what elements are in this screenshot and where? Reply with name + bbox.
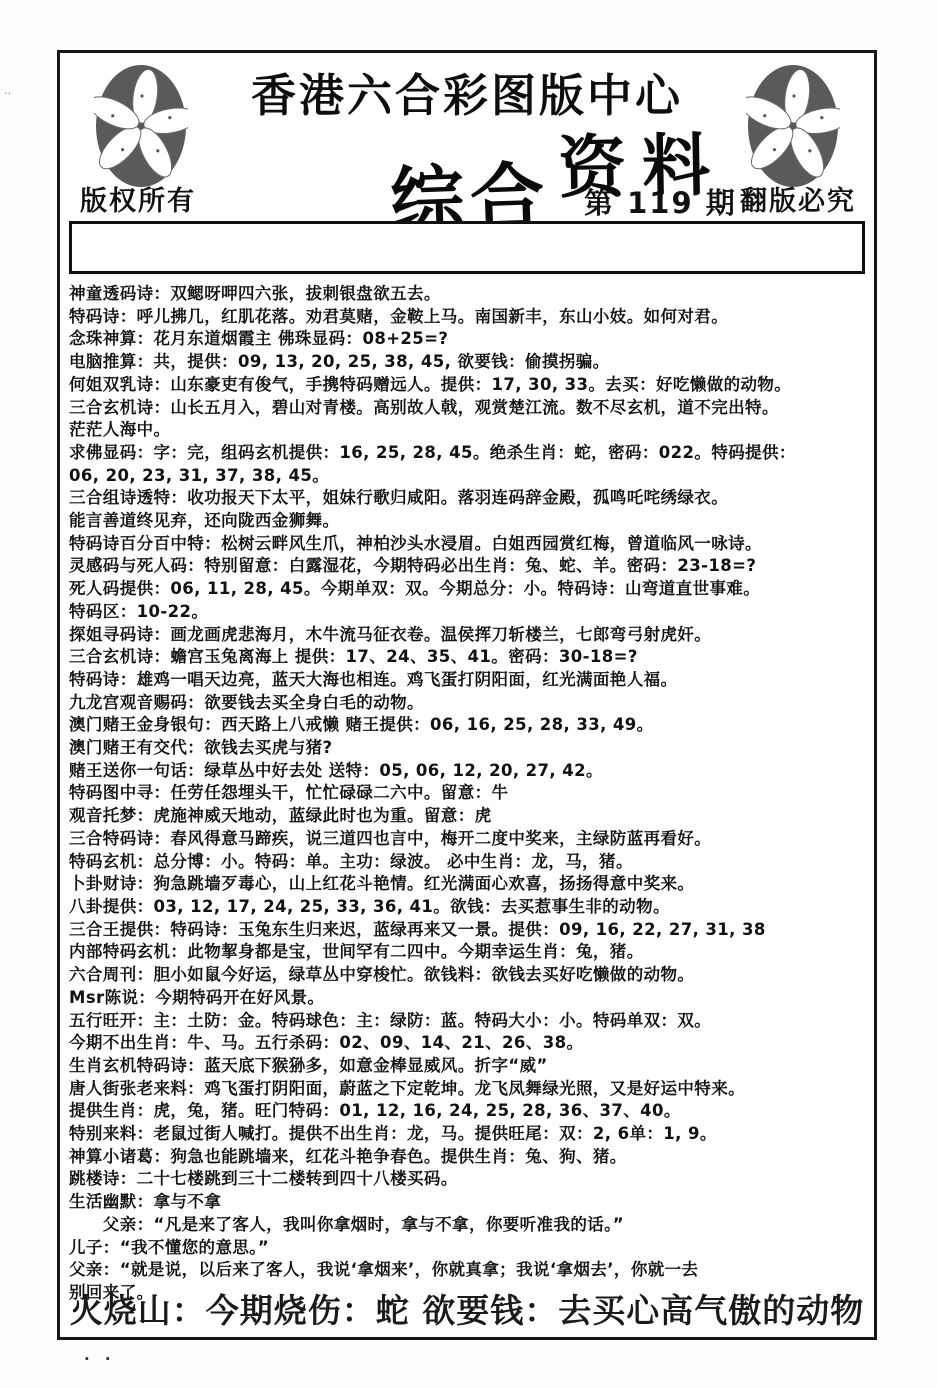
tips-text-block: 神童透码诗：双鳃呀呷四六张，拔刺银盘欲五去。特码诗：呼儿拂几，红肌花落。劝君莫赌… (69, 283, 870, 1305)
text-line: 今期不出生肖：牛、马。五行杀码：02、09、14、21、26、38。 (69, 1032, 870, 1055)
text-line: 特码玄机：总分博：小。特码：单。主功：绿波。 必中生肖：龙，马，猪。 (69, 851, 870, 874)
text-line: 父亲：“凡是来了客人，我叫你拿烟时，拿与不拿，你要听准我的话。” (69, 1214, 870, 1237)
footer-highlight-line: 火烧山：今期烧伤：蛇 欲要钱：去买心高气傲的动物 (60, 1285, 874, 1332)
text-line: 三合玄机诗：山长五月入，碧山对青楼。高别故人戟，观赏楚江流。数不尽玄机，道不完出… (69, 397, 870, 420)
text-line: 三合组诗透特：收功报天下太平，姐妹行歌归咸阳。落羽连码辞金殿，孤鸣吒咤绣绿衣。 (69, 487, 870, 510)
text-line: 探姐寻码诗：画龙画虎悲海月，木牛流马征衣卷。温侯挥刀斩楼兰，七郎弯弓射虎奸。 (69, 624, 870, 647)
anti-piracy-notice: 翻版必究 (740, 179, 856, 218)
bauhinia-flower-icon (94, 63, 188, 189)
text-line: 生活幽默：拿与不拿 (69, 1191, 870, 1214)
text-line: 神算小诸葛：狗急也能跳墙来，红花斗艳争春色。提供生肖：兔、狗、猪。 (69, 1146, 870, 1169)
text-line: 八卦提供：03, 12, 17, 24, 25, 33, 36, 41。欲钱：去… (69, 896, 870, 919)
text-line: 特码诗百分百中特：松树云畔风生爪，神柏沙头水浸眉。白姐西园赏红梅，曾道临风一咏诗… (69, 533, 870, 556)
text-line: Msr陈说：今期特码开在好风景。 (69, 987, 870, 1010)
text-line: 三合特码诗：春风得意马蹄疾，说三道四也言中，梅开二度中奖来，主绿防蓝再看好。 (69, 828, 870, 851)
text-line: 何姐双乳诗：山东豪吏有俊气，手携特码赠远人。提供：17, 30, 33。去买：好… (69, 374, 870, 397)
text-line: 跳楼诗：二十七楼跳到三十二楼转到四十八楼买码。 (69, 1168, 870, 1191)
text-line: 九龙宫观音赐码：欲要钱去买全身白毛的动物。 (69, 692, 870, 715)
text-line: 06, 20, 23, 31, 37, 38, 45。 (69, 465, 870, 488)
text-line: 特码诗：呼儿拂几，红肌花落。劝君莫赌，金鞍上马。南国新丰，东山小妓。如何对君。 (69, 306, 870, 329)
text-line: 儿子：“我不懂您的意思。” (69, 1237, 870, 1260)
text-line: 三合玄机诗：蟾宫玉兔离海上 提供：17、24、35、41。密码：30-18=? (69, 646, 870, 669)
text-line: 三合王提供：特码诗：玉兔东生归来迟，蓝绿再来又一景。提供：09, 16, 22,… (69, 919, 870, 942)
text-line: 赌王送你一句话：绿草丛中好去处 送特：05, 06, 12, 20, 27, 4… (69, 760, 870, 783)
scan-artifact-dots: · · (84, 1350, 116, 1368)
text-line: 能言善道终见弃，还向陇西金狮舞。 (69, 510, 870, 533)
text-line: 六合周刊：胆小如鼠今好运，绿草丛中穿梭忙。欲钱料：欲钱去买好吃懒做的动物。 (69, 964, 870, 987)
text-line: 澳门赌王有交代：欲钱去买虎与猪? (69, 737, 870, 760)
text-line: 生肖玄机特码诗：蓝天底下猴狲多，如意金棒显威风。折字“威” (69, 1055, 870, 1078)
text-line: 内部特码玄机：此物挈身都是宝，世间罕有二四中。今期幸运生肖：兔，猪。 (69, 941, 870, 964)
text-line: 卜卦财诗：狗急跳墙歹毒心，山上红花斗艳情。红光满面心欢喜，扬扬得意中奖来。 (69, 873, 870, 896)
scan-artifact-dots: ‥ (4, 84, 13, 97)
text-line: 观音托梦：虎施神威天地动，蓝绿此时也为重。留意：虎 (69, 805, 870, 828)
text-line: 茫茫人海中。 (69, 419, 870, 442)
scanned-lottery-page: ‥ 香港六合彩图版中心 (0, 0, 937, 1388)
issue-number: 第 119 期 (584, 181, 737, 222)
copyright-notice: 版权所有 (80, 179, 196, 218)
text-line: 死人码提供：06, 11, 28, 45。今期单双：双。今期总分：小。特码诗：山… (69, 578, 870, 601)
text-line: 澳门赌王金身银句：西天路上八戒懒 赌王提供：06, 16, 25, 28, 33… (69, 714, 870, 737)
text-line: 念珠神算：花月东道烟霞主 佛珠显码：08+25=? (69, 328, 870, 351)
text-line: 特码图中寻：任劳任怨埋头干，忙忙碌碌二六中。留意：牛 (69, 782, 870, 805)
text-line: 求佛显码：字：完，组码玄机提供：16, 25, 28, 45。绝杀生肖：蛇，密码… (69, 442, 870, 465)
text-line: 灵感码与死人码：特别留意：白露湿花，今期特码必出生肖：兔、蛇、羊。密码：23-1… (69, 555, 870, 578)
bauhinia-flower-icon (746, 63, 840, 189)
text-line: 父亲：“就是说，以后来了客人，我说‘拿烟来’，你就真拿；我说‘拿烟去’，你就一去 (69, 1259, 870, 1282)
text-line: 特码区：10-22。 (69, 601, 870, 624)
tip-sheet: 香港六合彩图版中心 (57, 50, 877, 1340)
text-line: 电脑推算：共，提供：09, 13, 20, 25, 38, 45, 欲要钱：偷摸… (69, 351, 870, 374)
text-line: 五行旺开：主：土防：金。特码球色：主：绿防：蓝。特码大小：小。特码单双：双。 (69, 1010, 870, 1033)
blank-headline-box (69, 221, 865, 274)
text-line: 特别来料：老鼠过街人喊打。提供不出生肖：龙，马。提供旺尾：双：2, 6单：1, … (69, 1123, 870, 1146)
text-line: 唐人街张老来料：鸡飞蛋打阴阳面，蔚蓝之下定乾坤。龙飞凤舞绿光照，又是好运中特来。 (69, 1078, 870, 1101)
text-line: 神童透码诗：双鳃呀呷四六张，拔刺银盘欲五去。 (69, 283, 870, 306)
text-line: 特码诗：雄鸡一唱天边亮，蓝天大海也相连。鸡飞蛋打阴阳面，红光满面艳人福。 (69, 669, 870, 692)
text-line: 提供生肖：虎，兔，猪。旺门特码：01, 12, 16, 24, 25, 28, … (69, 1100, 870, 1123)
